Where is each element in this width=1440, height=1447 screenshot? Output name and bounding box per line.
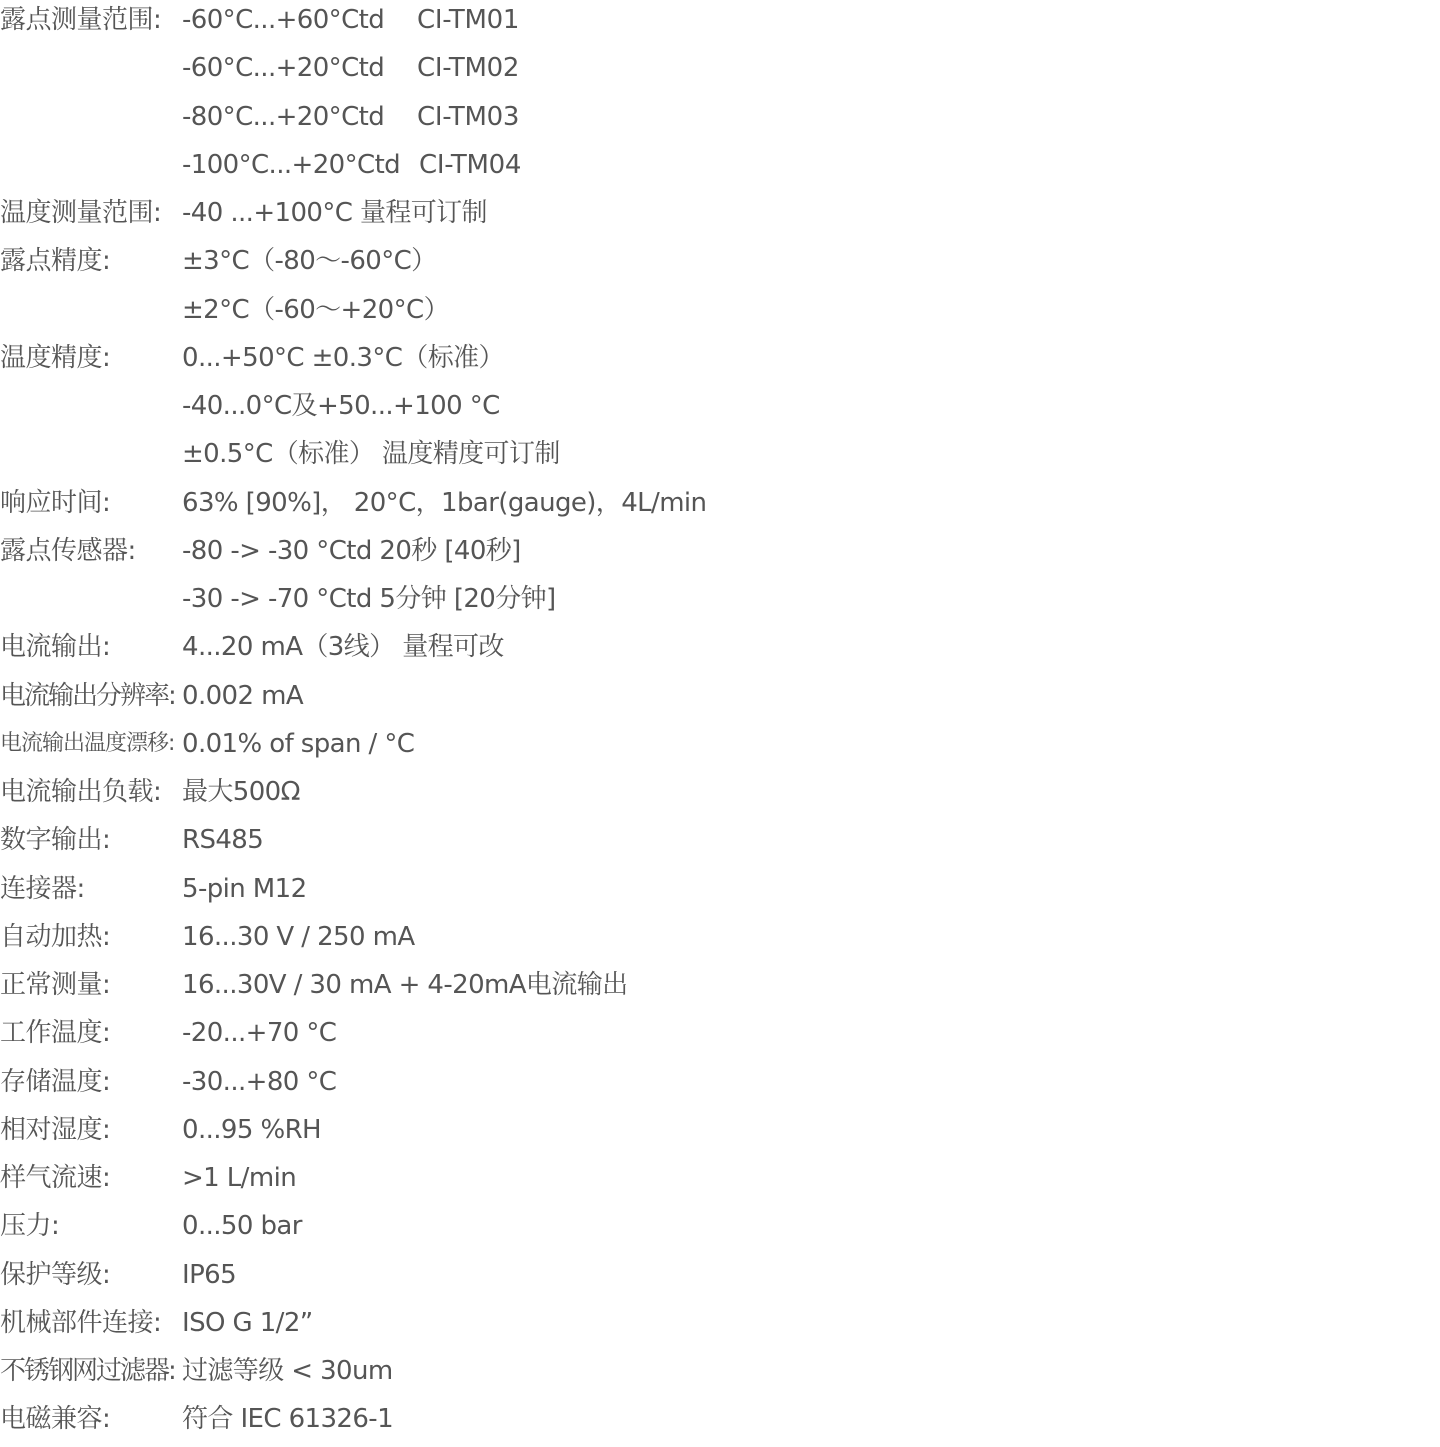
spec-label: 露点传感器:	[0, 531, 136, 571]
spec-row-temperature-accuracy-2: -40...0°C及+50...+100 °C	[0, 386, 1440, 434]
spec-value: 过滤等级 < 30um	[182, 1351, 393, 1391]
spec-label: 相对湿度:	[0, 1110, 110, 1150]
spec-row-relative-humidity: 相对湿度: 0...95 %RH	[0, 1110, 1440, 1158]
spec-model: CI-TM01	[417, 0, 519, 40]
spec-label: 电流输出温度漂移:	[0, 724, 174, 764]
spec-row-auto-heating: 自动加热: 16...30 V / 250 mA	[0, 917, 1440, 965]
spec-label: 不锈钢网过滤器:	[0, 1351, 175, 1391]
spec-value: -60°C...+20°Ctd	[182, 48, 384, 88]
spec-value: ±3°C（-80～-60°C）	[182, 241, 437, 281]
spec-label: 露点精度:	[0, 241, 110, 281]
spec-value: 0.002 mA	[182, 676, 303, 716]
spec-row-current-output-load: 电流输出负载: 最大500Ω	[0, 772, 1440, 820]
spec-label: 存储温度:	[0, 1062, 110, 1102]
spec-row-mechanical-connection: 机械部件连接: ISO G 1/2”	[0, 1303, 1440, 1351]
spec-row-temperature-range: 温度测量范围: -40 ...+100°C 量程可订制	[0, 193, 1440, 241]
spec-value: -40...0°C及+50...+100 °C	[182, 386, 500, 426]
spec-value: 最大500Ω	[182, 772, 300, 812]
spec-value: ±2°C（-60～+20°C）	[182, 290, 449, 330]
spec-row-temperature-accuracy-3: ±0.5°C（标准） 温度精度可订制	[0, 434, 1440, 482]
spec-label: 电流输出负载:	[0, 772, 161, 812]
spec-row-pressure: 压力: 0...50 bar	[0, 1206, 1440, 1254]
spec-row-storage-temperature: 存储温度: -30...+80 °C	[0, 1062, 1440, 1110]
spec-row-sample-flow: 样气流速: >1 L/min	[0, 1158, 1440, 1206]
spec-value: -60°C...+60°Ctd	[182, 0, 384, 40]
spec-label: 露点测量范围:	[0, 0, 161, 40]
spec-row-dewpoint-range-4: -100°C...+20°Ctd CI-TM04	[0, 145, 1440, 193]
spec-row-normal-measurement: 正常测量: 16...30V / 30 mA + 4-20mA电流输出	[0, 965, 1440, 1013]
spec-value: 0...50 bar	[182, 1206, 302, 1246]
spec-row-dewpoint-range-3: -80°C...+20°Ctd CI-TM03	[0, 97, 1440, 145]
spec-label: 温度测量范围:	[0, 193, 161, 233]
spec-label: 温度精度:	[0, 338, 110, 378]
spec-row-dewpoint-accuracy: 露点精度: ±3°C（-80～-60°C）	[0, 241, 1440, 289]
spec-model: CI-TM02	[417, 48, 519, 88]
spec-value: 0.01% of span / °C	[182, 724, 414, 764]
spec-row-current-output-resolution: 电流输出分辨率: 0.002 mA	[0, 676, 1440, 724]
spec-row-current-output: 电流输出: 4...20 mA（3线） 量程可改	[0, 627, 1440, 675]
spec-label: 压力:	[0, 1206, 59, 1246]
spec-row-emc: 电磁兼容: 符合 IEC 61326-1	[0, 1399, 1440, 1447]
spec-label: 机械部件连接:	[0, 1303, 161, 1343]
spec-row-response-time: 响应时间: 63% [90%]， 20°C，1bar(gauge)，4L/min	[0, 483, 1440, 531]
spec-value: -80 -> -30 °Ctd 20秒 [40秒]	[182, 531, 521, 571]
spec-value: -30 -> -70 °Ctd 5分钟 [20分钟]	[182, 579, 556, 619]
spec-label: 电流输出分辨率:	[0, 676, 175, 716]
spec-row-dewpoint-range: 露点测量范围: -60°C...+60°Ctd CI-TM01	[0, 0, 1440, 48]
spec-model: CI-TM04	[419, 145, 521, 185]
spec-row-mesh-filter: 不锈钢网过滤器: 过滤等级 < 30um	[0, 1351, 1440, 1399]
spec-value: 16...30V / 30 mA + 4-20mA电流输出	[182, 965, 628, 1005]
spec-label: 工作温度:	[0, 1013, 110, 1053]
spec-row-connector: 连接器: 5-pin M12	[0, 869, 1440, 917]
spec-label: 响应时间:	[0, 483, 110, 523]
spec-value: 4...20 mA（3线） 量程可改	[182, 627, 504, 667]
spec-label: 数字输出:	[0, 820, 110, 860]
spec-row-temperature-accuracy: 温度精度: 0...+50°C ±0.3°C（标准）	[0, 338, 1440, 386]
spec-value: -80°C...+20°Ctd	[182, 97, 384, 137]
spec-row-dewpoint-sensor-2: -30 -> -70 °Ctd 5分钟 [20分钟]	[0, 579, 1440, 627]
spec-row-dewpoint-range-2: -60°C...+20°Ctd CI-TM02	[0, 48, 1440, 96]
spec-row-operating-temperature: 工作温度: -20...+70 °C	[0, 1013, 1440, 1061]
spec-list: 露点测量范围: -60°C...+60°Ctd CI-TM01 -60°C...…	[0, 0, 1440, 1447]
spec-row-protection-class: 保护等级: IP65	[0, 1255, 1440, 1303]
spec-value: 0...95 %RH	[182, 1110, 321, 1150]
spec-value: 0...+50°C ±0.3°C（标准）	[182, 338, 504, 378]
spec-value: 5-pin M12	[182, 869, 307, 909]
spec-label: 连接器:	[0, 869, 85, 909]
spec-value: 16...30 V / 250 mA	[182, 917, 415, 957]
spec-row-digital-output: 数字输出: RS485	[0, 820, 1440, 868]
spec-value: -40 ...+100°C 量程可订制	[182, 193, 487, 233]
spec-value: ISO G 1/2”	[182, 1303, 313, 1343]
spec-label: 自动加热:	[0, 917, 110, 957]
spec-value: 符合 IEC 61326-1	[182, 1399, 393, 1439]
spec-value: -30...+80 °C	[182, 1062, 336, 1102]
spec-value: -100°C...+20°Ctd	[182, 145, 400, 185]
spec-model: CI-TM03	[417, 97, 519, 137]
spec-value: >1 L/min	[182, 1158, 296, 1198]
spec-label: 电流输出:	[0, 627, 110, 667]
spec-label: 正常测量:	[0, 965, 110, 1005]
spec-value: -20...+70 °C	[182, 1013, 336, 1053]
spec-value: ±0.5°C（标准） 温度精度可订制	[182, 434, 560, 474]
spec-row-current-output-drift: 电流输出温度漂移: 0.01% of span / °C	[0, 724, 1440, 772]
spec-label: 样气流速:	[0, 1158, 110, 1198]
spec-value: 63% [90%]， 20°C，1bar(gauge)，4L/min	[182, 483, 706, 523]
spec-label: 保护等级:	[0, 1255, 110, 1295]
spec-value: IP65	[182, 1255, 236, 1295]
spec-value: RS485	[182, 820, 263, 860]
spec-row-dewpoint-sensor: 露点传感器: -80 -> -30 °Ctd 20秒 [40秒]	[0, 531, 1440, 579]
spec-row-dewpoint-accuracy-2: ±2°C（-60～+20°C）	[0, 290, 1440, 338]
spec-label: 电磁兼容:	[0, 1399, 110, 1439]
